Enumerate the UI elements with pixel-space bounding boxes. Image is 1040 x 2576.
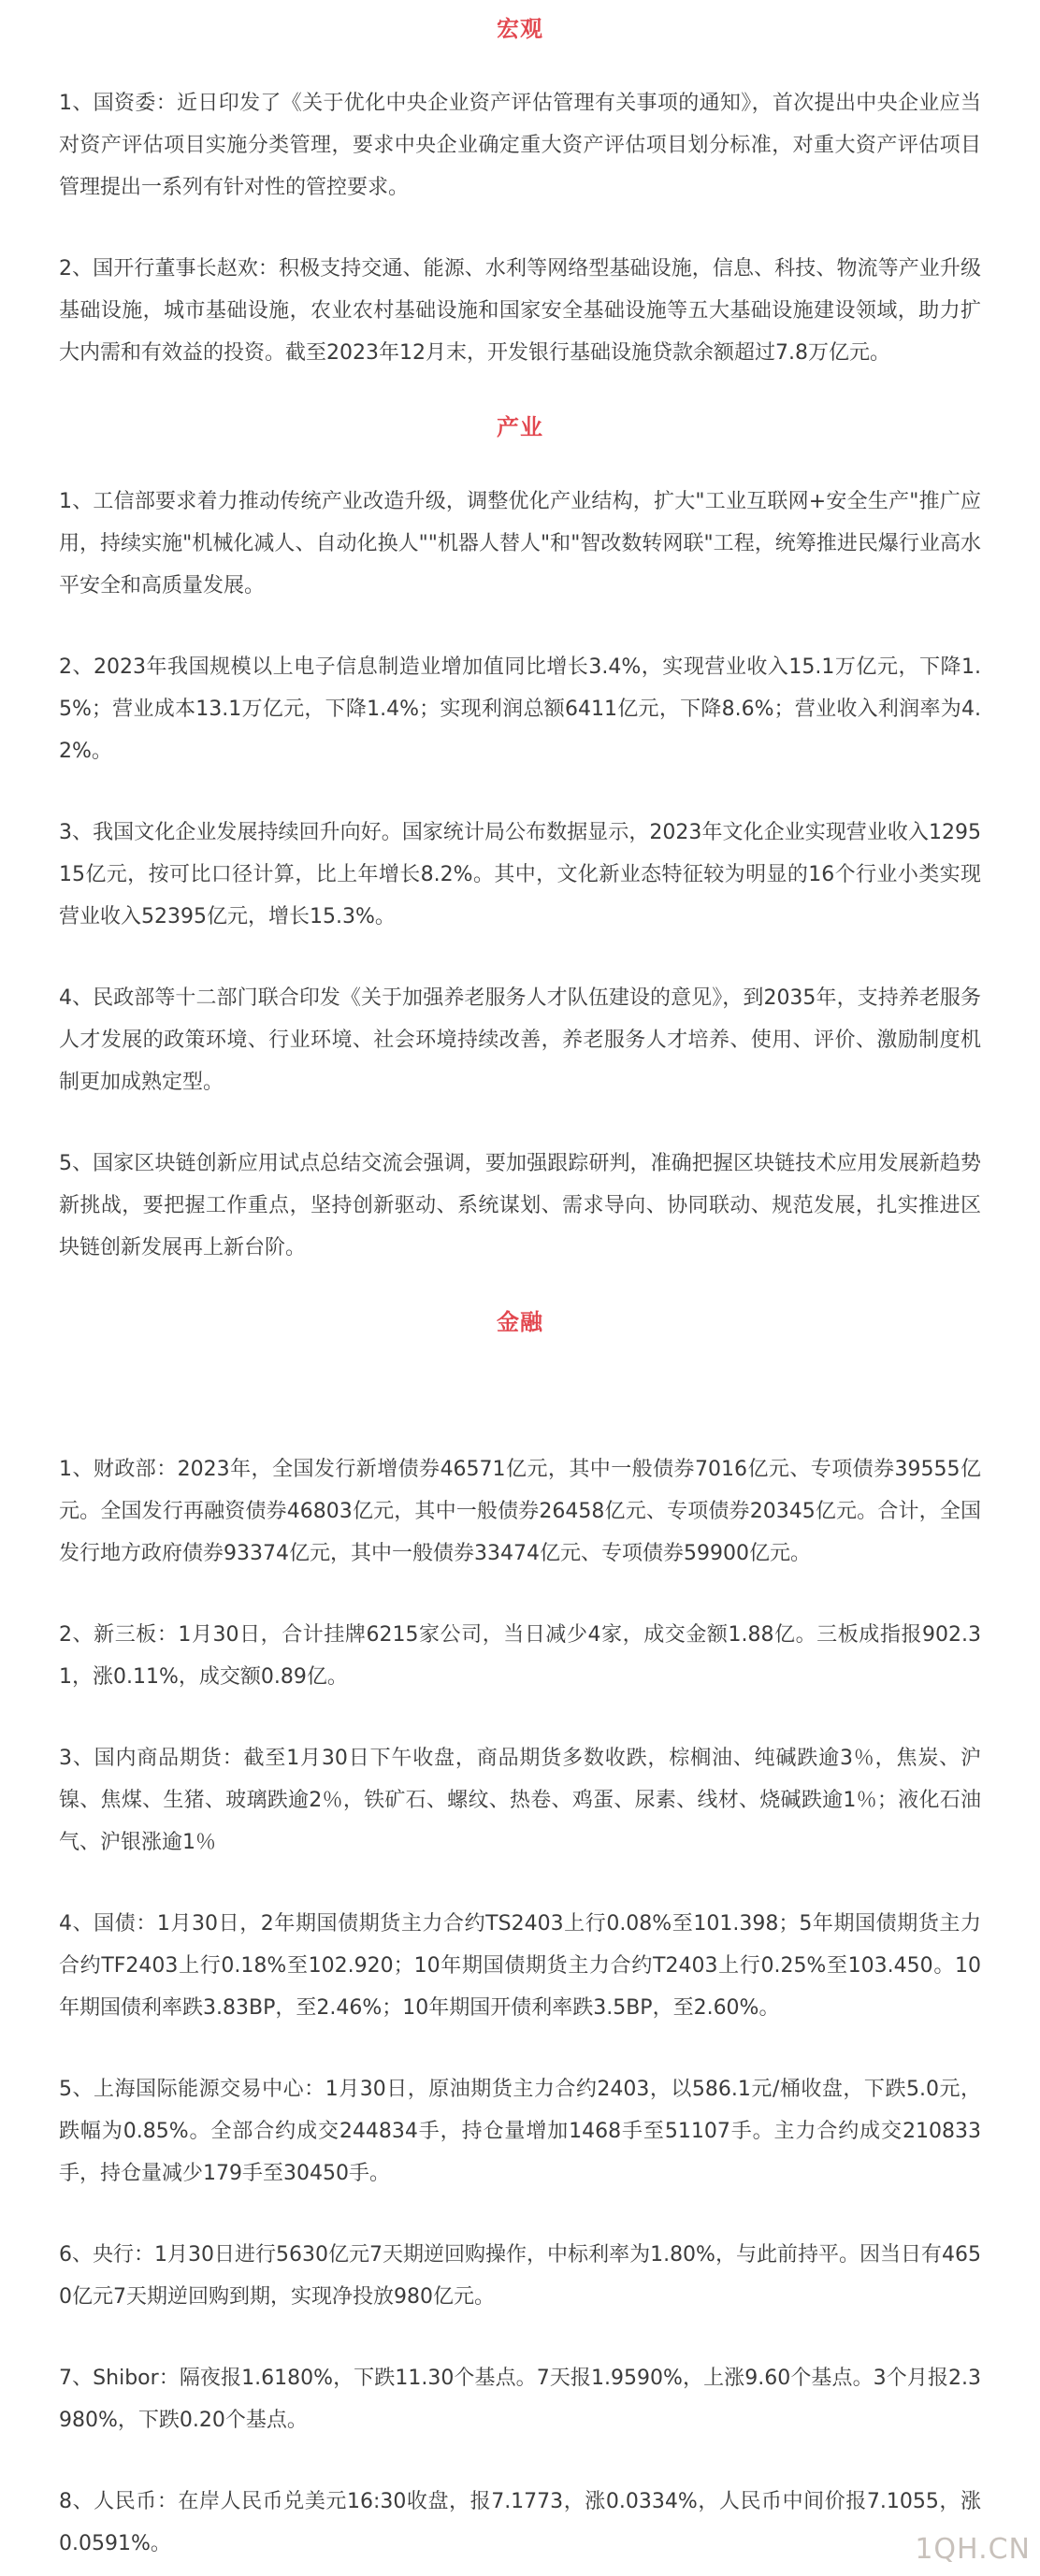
industry-item-3: 3、我国文化企业发展持续回升向好。国家统计局公布数据显示，2023年文化企业实现… bbox=[59, 812, 981, 938]
finance-item-4: 4、国债：1月30日，2年期国债期货主力合约TS2403上行0.08%至101.… bbox=[59, 1903, 981, 2029]
finance-item-6: 6、央行：1月30日进行5630亿元7天期逆回购操作，中标利率为1.80%，与此… bbox=[59, 2234, 981, 2318]
industry-item-1: 1、工信部要求着力推动传统产业改造升级，调整优化产业结构，扩大"工业互联网+安全… bbox=[59, 481, 981, 607]
section-title-macro: 宏观 bbox=[59, 15, 981, 43]
finance-item-1: 1、财政部：2023年，全国发行新增债券46571亿元，其中一般债券7016亿元… bbox=[59, 1448, 981, 1575]
finance-item-3: 3、国内商品期货：截至1月30日下午收盘，商品期货多数收跌，棕榈油、纯碱跌逾3％… bbox=[59, 1737, 981, 1864]
industry-item-2: 2、2023年我国规模以上电子信息制造业增加值同比增长3.4%，实现营业收入15… bbox=[59, 646, 981, 772]
section-macro: 宏观 1、国资委：近日印发了《关于优化中央企业资产评估管理有关事项的通知》，首次… bbox=[59, 15, 981, 374]
section-title-finance: 金融 bbox=[59, 1308, 981, 1336]
site-watermark: 1QH.CN bbox=[915, 2535, 1031, 2565]
section-finance: 金融 1、财政部：2023年，全国发行新增债券46571亿元，其中一般债券701… bbox=[59, 1308, 981, 2565]
section-industry: 产业 1、工信部要求着力推动传统产业改造升级，调整优化产业结构，扩大"工业互联网… bbox=[59, 413, 981, 1269]
finance-item-7: 7、Shibor：隔夜报1.6180%，下跌11.30个基点。7天报1.9590… bbox=[59, 2357, 981, 2441]
macro-item-1: 1、国资委：近日印发了《关于优化中央企业资产评估管理有关事项的通知》，首次提出中… bbox=[59, 82, 981, 209]
section-title-industry: 产业 bbox=[59, 413, 981, 441]
finance-item-5: 5、上海国际能源交易中心：1月30日，原油期货主力合约2403，以586.1元/… bbox=[59, 2068, 981, 2195]
daily-news-article: 宏观 1、国资委：近日印发了《关于优化中央企业资产评估管理有关事项的通知》，首次… bbox=[0, 0, 1040, 2565]
finance-item-2: 2、新三板：1月30日，合计挂牌6215家公司，当日减少4家，成交金额1.88亿… bbox=[59, 1614, 981, 1698]
finance-item-8: 8、人民币：在岸人民币兑美元16:30收盘，报7.1773，涨0.0334%，人… bbox=[59, 2481, 981, 2565]
industry-item-4: 4、民政部等十二部门联合印发《关于加强养老服务人才队伍建设的意见》，到2035年… bbox=[59, 977, 981, 1103]
industry-item-5: 5、国家区块链创新应用试点总结交流会强调，要加强跟踪研判，准确把握区块链技术应用… bbox=[59, 1143, 981, 1269]
macro-item-2: 2、国开行董事长赵欢：积极支持交通、能源、水利等网络型基础设施，信息、科技、物流… bbox=[59, 248, 981, 374]
